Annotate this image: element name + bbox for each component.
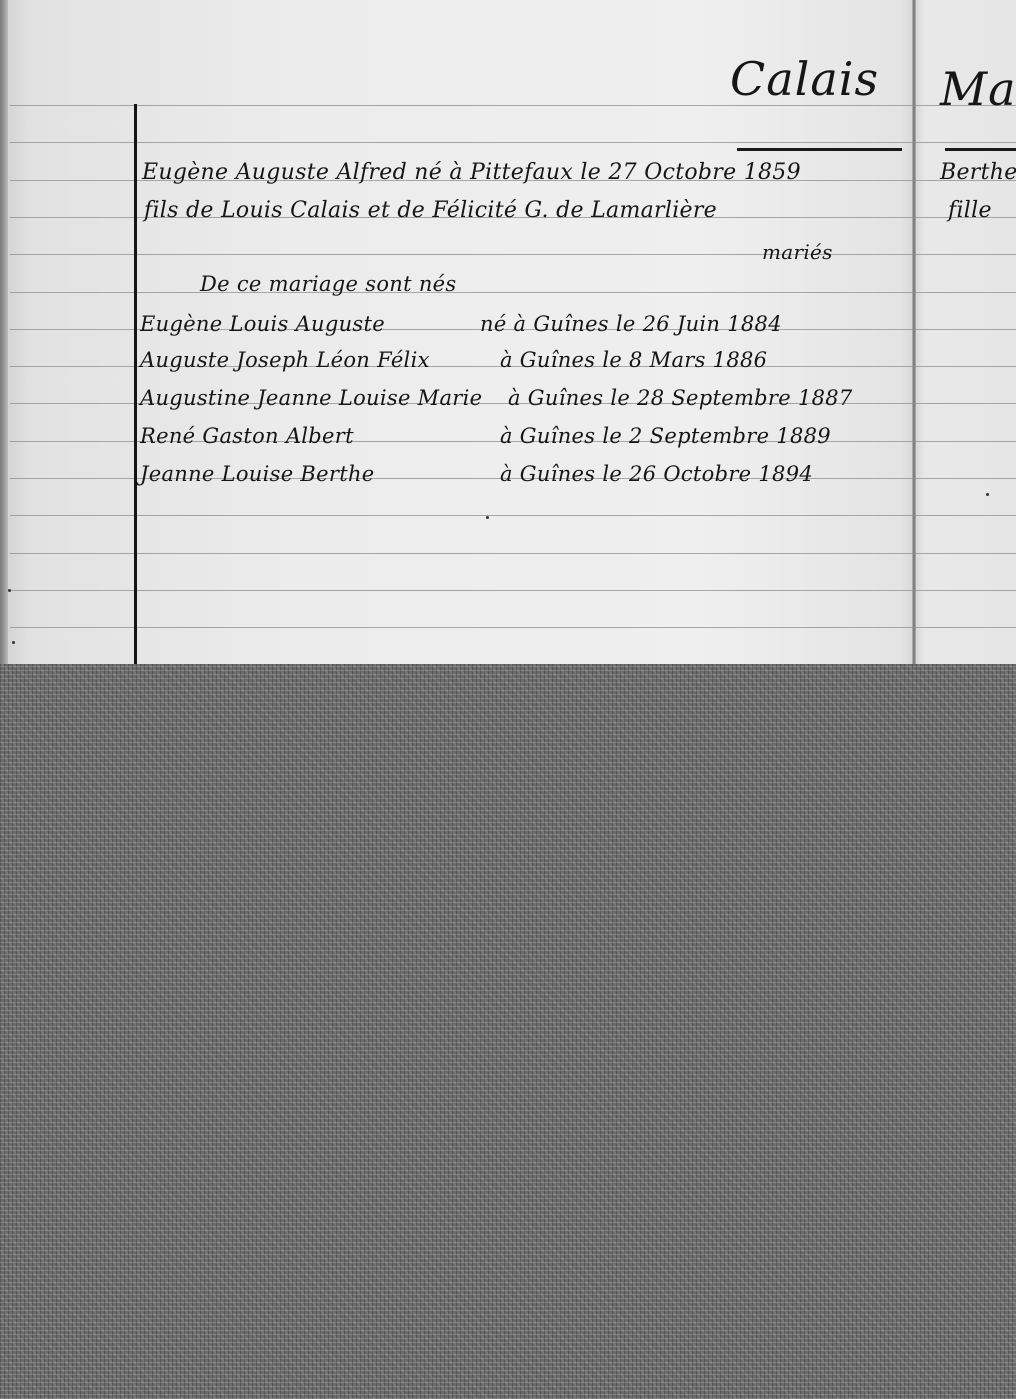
ink-speck (486, 516, 489, 519)
child-name: René Gaston Albert (140, 424, 354, 448)
child-name: Augustine Jeanne Louise Marie (140, 386, 482, 410)
father-entry-line-3: mariés (762, 240, 833, 264)
ink-speck (986, 493, 989, 496)
page-gutter (912, 0, 916, 664)
margin-line (134, 104, 137, 664)
binding-edge (0, 0, 8, 664)
register-page-scan: Calais Ma Eugène Auguste Alfred né à Pit… (0, 0, 1016, 664)
ruled-line (10, 292, 1016, 293)
child-name: Jeanne Louise Berthe (140, 462, 375, 486)
father-entry-line-2: fils de Louis Calais et de Félicité G. d… (144, 198, 717, 223)
child-birth-record: à Guînes le 26 Octobre 1894 (500, 462, 813, 486)
right-surname-underline (945, 148, 1016, 151)
right-line-1-fragment: Berthe (940, 160, 1016, 185)
child-birth-record: à Guînes le 2 Septembre 1889 (500, 424, 831, 448)
ruled-line (10, 627, 1016, 628)
child-name: Auguste Joseph Léon Félix (140, 348, 430, 372)
children-heading: De ce mariage sont nés (200, 272, 456, 296)
ruled-line (10, 254, 1016, 255)
child-name: Eugène Louis Auguste (140, 312, 385, 336)
ink-speck (8, 589, 11, 592)
child-birth-record: à Guînes le 8 Mars 1886 (500, 348, 767, 372)
surname-underline (737, 148, 902, 151)
father-entry-line-1: Eugène Auguste Alfred né à Pittefaux le … (142, 160, 801, 185)
child-birth-record: à Guînes le 28 Septembre 1887 (508, 386, 853, 410)
ruled-line (10, 515, 1016, 516)
ruled-line (10, 142, 1016, 143)
surname-heading: Calais (730, 52, 879, 106)
right-line-2-fragment: fille (948, 198, 992, 223)
right-surname-fragment: Ma (940, 62, 1016, 116)
ruled-line (10, 553, 1016, 554)
ink-speck (12, 641, 15, 644)
child-birth-record: né à Guînes le 26 Juin 1884 (480, 312, 782, 336)
ruled-line (10, 590, 1016, 591)
